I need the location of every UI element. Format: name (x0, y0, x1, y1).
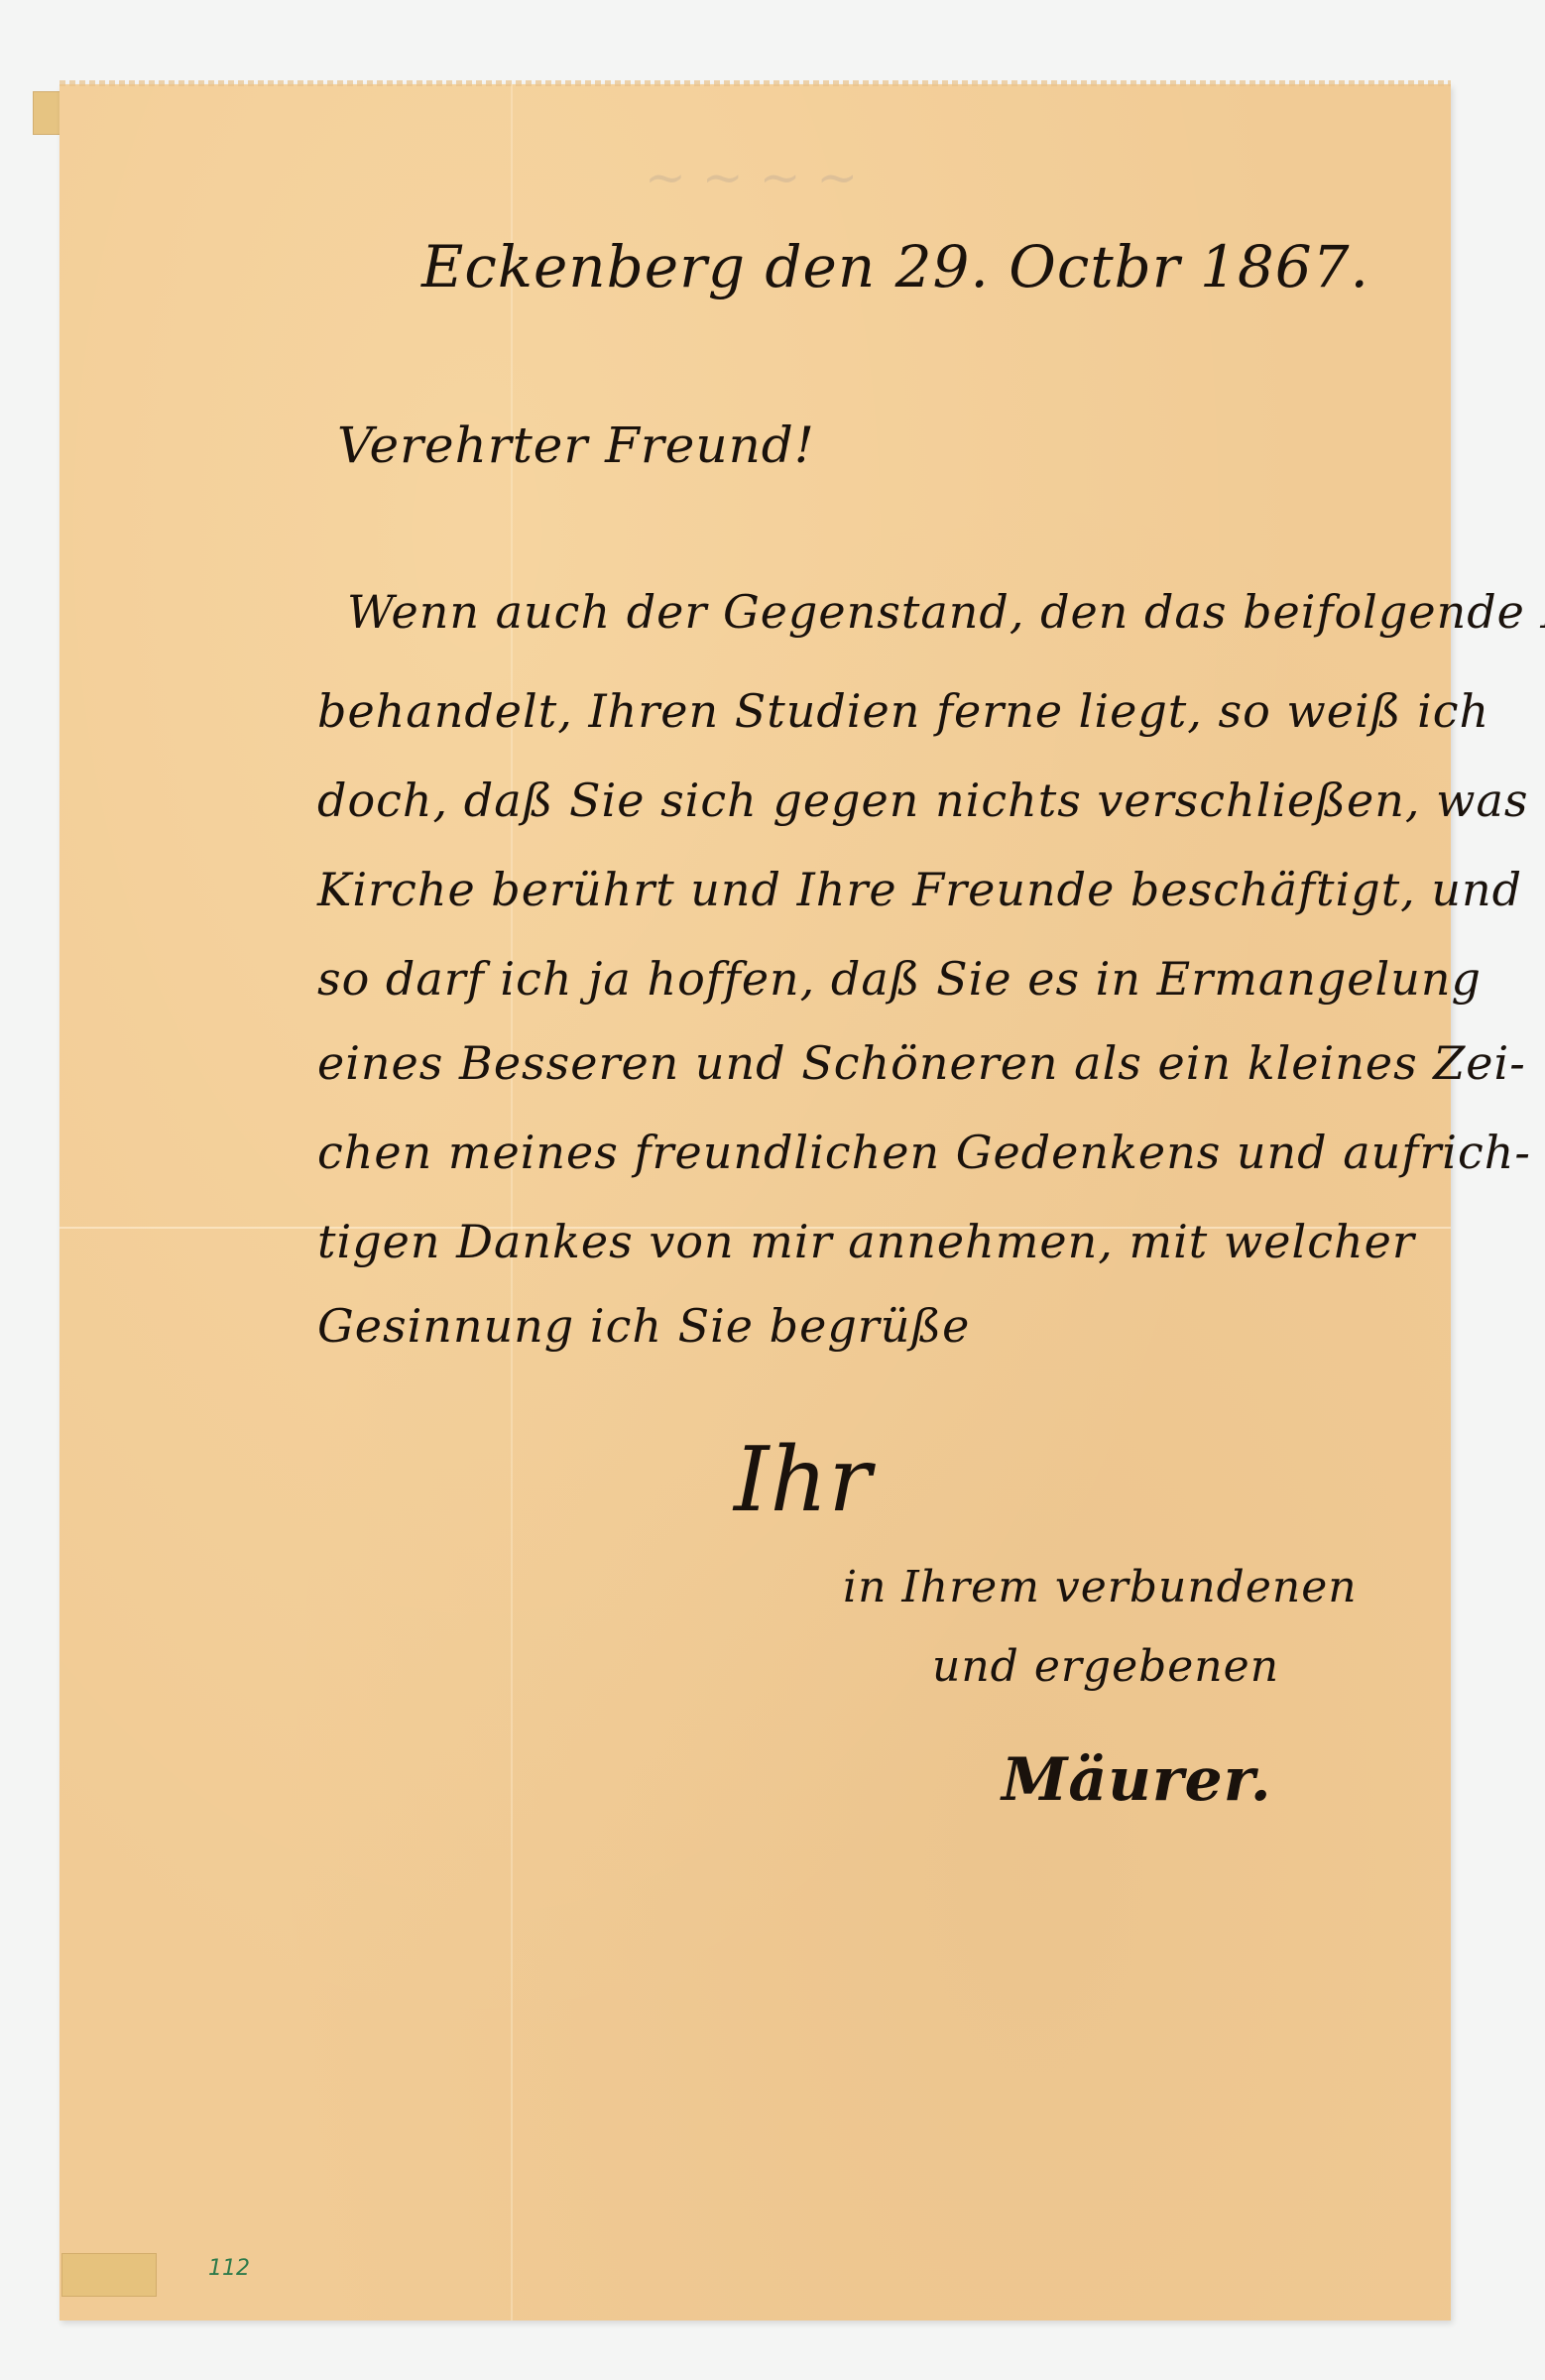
tape-strip-bottom (61, 2253, 157, 2297)
body-line: Kirche berührt und Ihre Freunde beschäft… (317, 863, 1522, 916)
folio-number: 112 (208, 2256, 250, 2281)
body-line: behandelt, Ihren Studien ferne liegt, so… (317, 684, 1489, 738)
closing-ihr: Ihr (734, 1428, 873, 1532)
body-line: Wenn auch der Gegenstand, den das beifol… (347, 585, 1545, 639)
letter-salutation: Verehrter Freund! (337, 416, 815, 474)
body-line: so darf ich ja hoffen, daß Sie es in Erm… (317, 952, 1482, 1006)
body-line: tigen Dankes von mir annehmen, mit welch… (317, 1215, 1415, 1268)
faint-pencil-note: ~ ~ ~ ~ (645, 149, 858, 206)
body-line: eines Besseren und Schöneren als ein kle… (317, 1036, 1526, 1090)
closing-line-1: in Ihrem verbundenen (843, 1562, 1358, 1612)
body-line: Gesinnung ich Sie begrüße (317, 1299, 970, 1353)
body-line: chen meines freundlichen Gedenkens und a… (317, 1126, 1531, 1179)
body-line: doch, daß Sie sich gegen nichts verschli… (317, 773, 1545, 827)
letter-dateline: Eckenberg den 29. Octbr 1867. (421, 233, 1369, 300)
torn-edge (59, 80, 1451, 86)
closing-line-2: und ergebenen (932, 1641, 1279, 1692)
signature: Mäurer. (1002, 1745, 1272, 1815)
